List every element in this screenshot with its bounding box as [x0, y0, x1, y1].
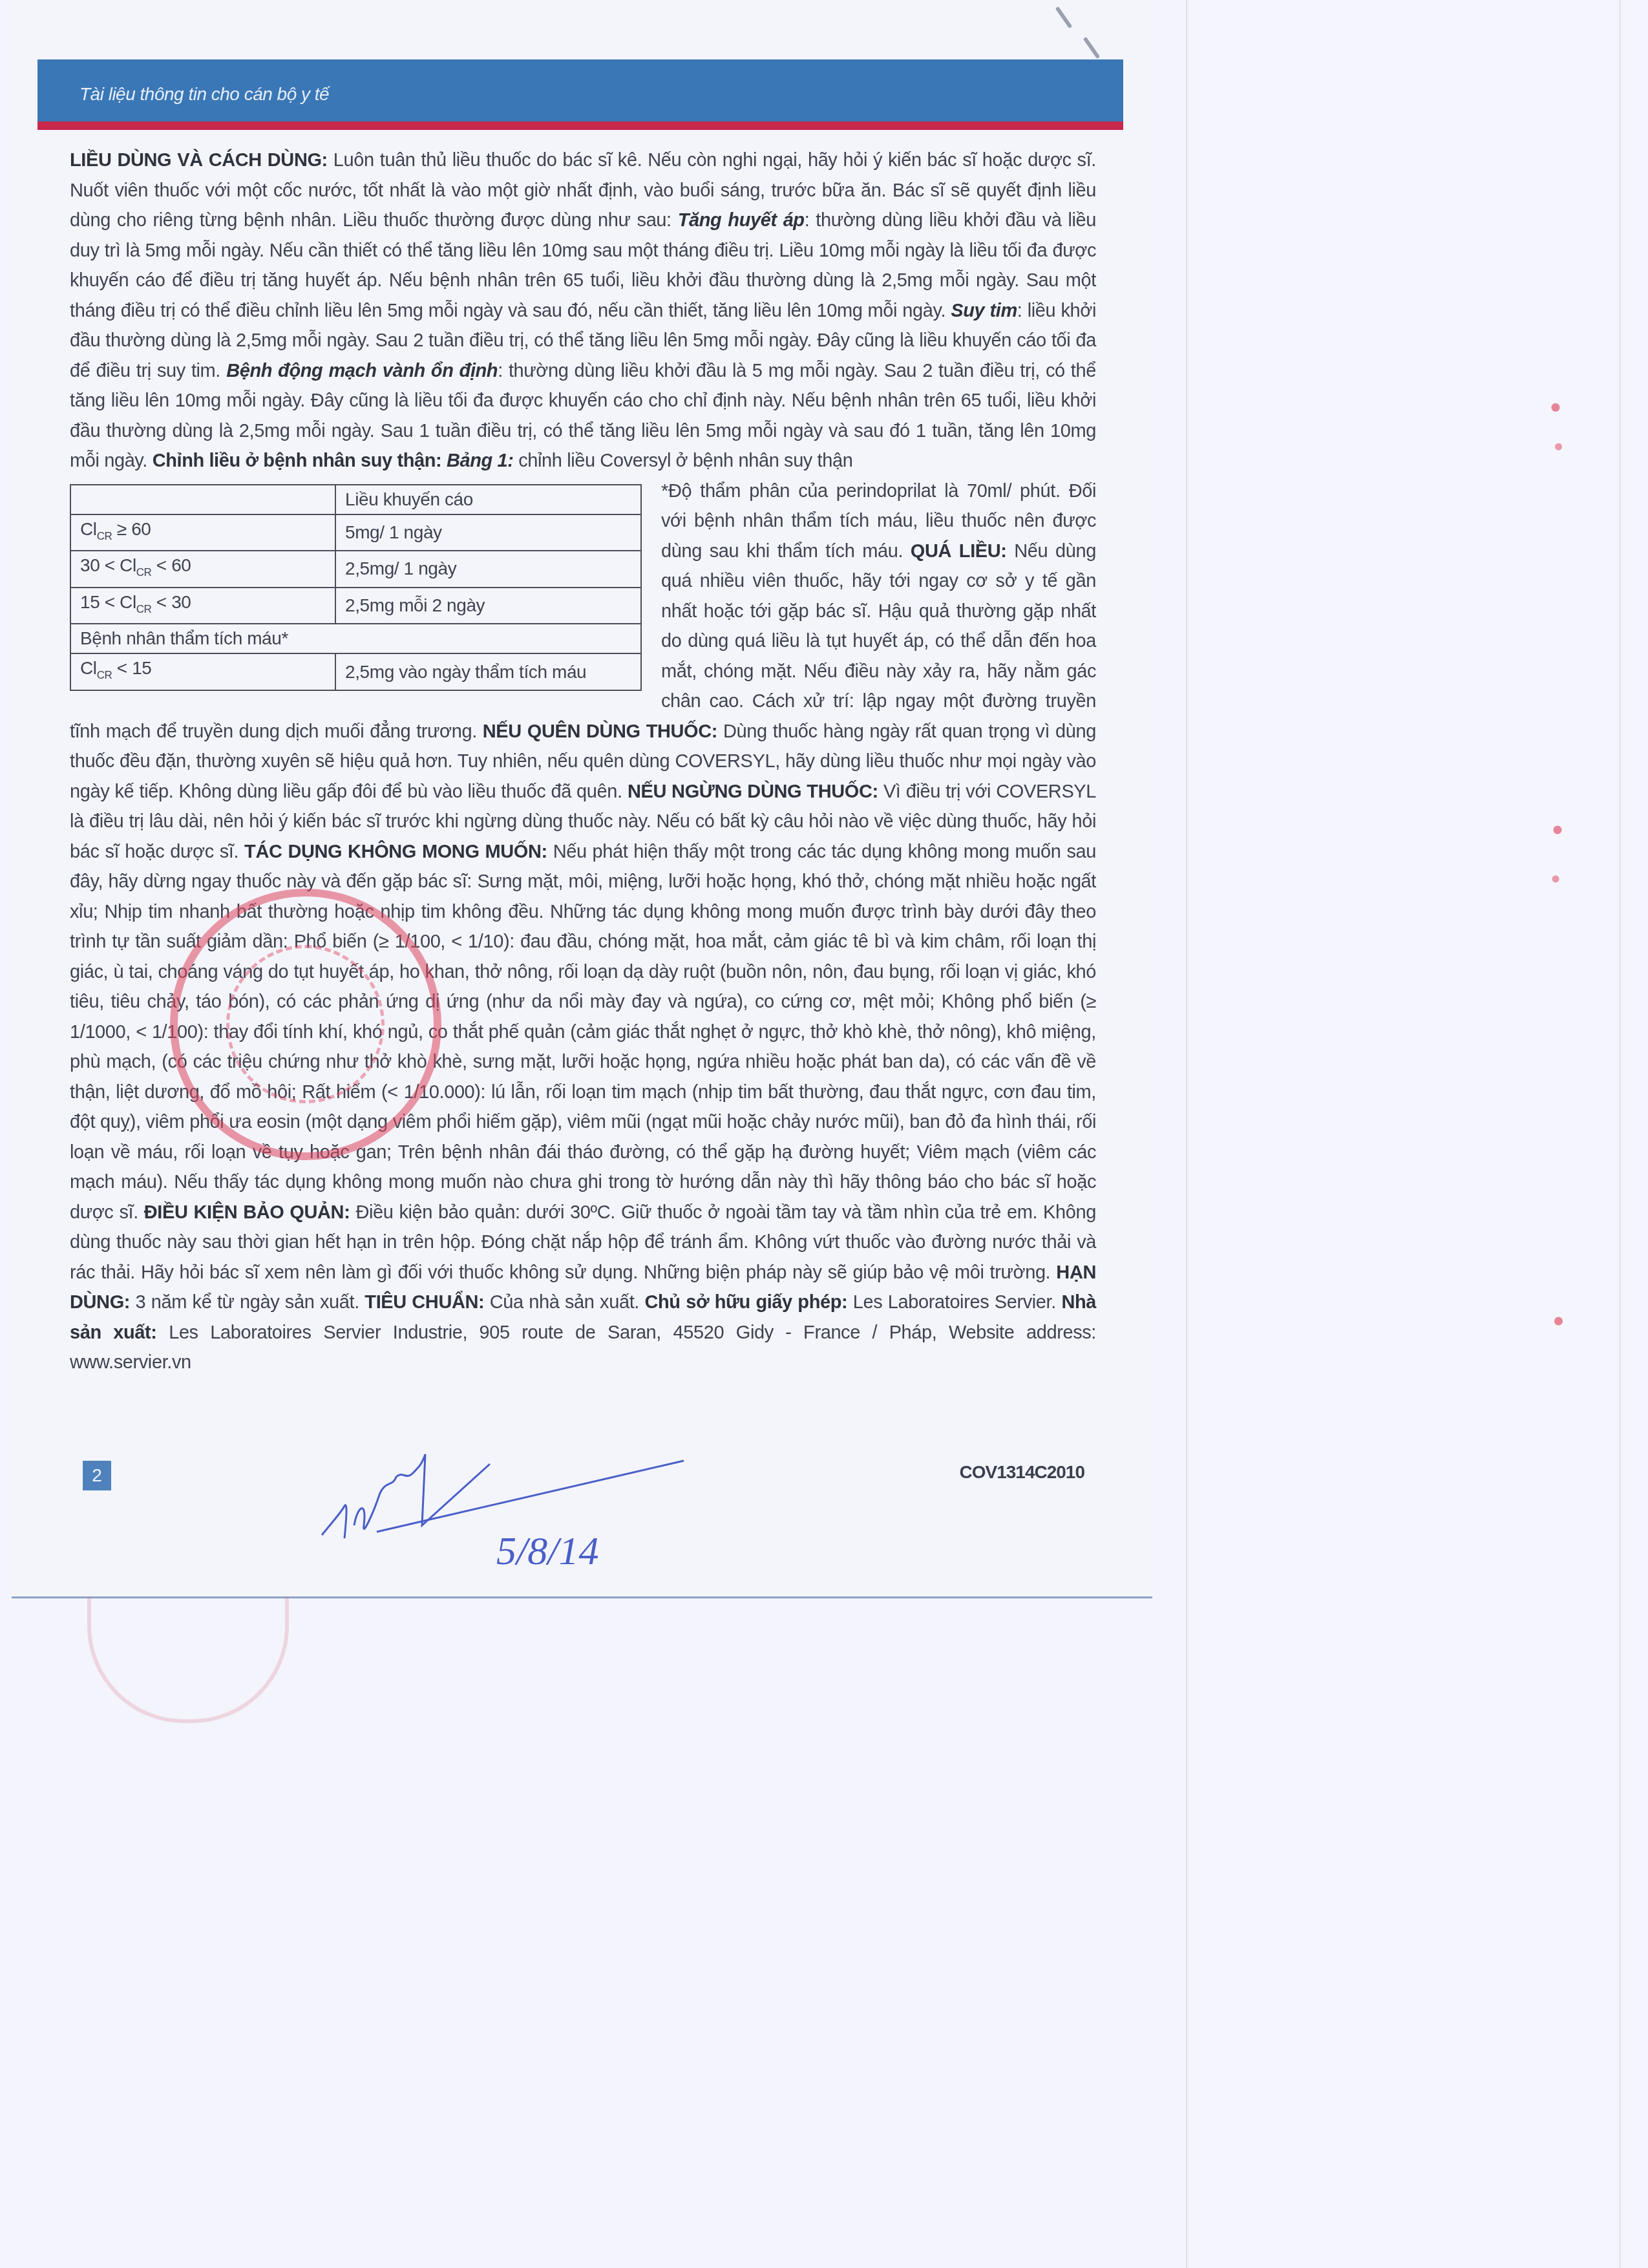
table-row: ClCR ≥ 60 5mg/ 1 ngày: [70, 514, 641, 551]
table-header-cell: Liều khuyến cáo: [335, 485, 641, 514]
section-heading-missed-dose: NẾU QUÊN DÙNG THUỐC:: [483, 721, 717, 742]
leaflet-body: LIỀU DÙNG VÀ CÁCH DÙNG: Luôn tuân thủ li…: [70, 145, 1096, 1378]
header-title: Tài liệu thông tin cho cán bộ y tế: [79, 84, 329, 105]
table-span-row: Bệnh nhân thẩm tích máu*: [70, 624, 641, 653]
header-band: Tài liệu thông tin cho cán bộ y tế: [37, 59, 1123, 122]
dose-cell: 2,5mg/ 1 ngày: [335, 551, 641, 588]
dosage-paragraph: LIỀU DÙNG VÀ CÁCH DÙNG: Luôn tuân thủ li…: [70, 145, 1096, 476]
table-header-row: Liều khuyến cáo: [70, 485, 641, 514]
page-number-badge: 2: [83, 1461, 111, 1490]
red-ink-specks: [1548, 388, 1567, 1370]
dose-cell: 2,5mg vào ngày thẩm tích máu: [335, 653, 641, 690]
document-code: COV1314C2010: [960, 1462, 1084, 1483]
table-row: 30 < ClCR < 60 2,5mg/ 1 ngày: [70, 551, 641, 588]
table-caption: chỉnh liều Coversyl ở bệnh nhân suy thận: [514, 450, 853, 471]
dialysis-group-cell: Bệnh nhân thẩm tích máu*: [70, 624, 641, 653]
label-table: Bảng 1:: [447, 450, 514, 471]
handwritten-signature: 5/8/14: [315, 1441, 703, 1584]
right-background-sheet: [1189, 0, 1648, 2268]
table-row: 15 < ClCR < 30 2,5mg mỗi 2 ngày: [70, 588, 641, 624]
label-license-holder: Chủ sở hữu giấy phép:: [644, 1292, 847, 1313]
table-header-cell: [70, 485, 335, 514]
header-accent-stripe: [37, 122, 1123, 130]
section-heading-side-effects: TÁC DỤNG KHÔNG MONG MUỐN:: [244, 842, 547, 862]
section-heading-dosage: LIỀU DÙNG VÀ CÁCH DÙNG:: [70, 150, 328, 171]
handwritten-date: 5/8/14: [496, 1529, 598, 1573]
staple-icon: [1083, 37, 1101, 59]
condition-cell: 15 < ClCR < 30: [70, 588, 335, 624]
renal-dose-table: Liều khuyến cáo ClCR ≥ 60 5mg/ 1 ngày 30…: [70, 484, 642, 691]
label-renal-adjustment: Chỉnh liều ở bệnh nhân suy thận:: [153, 450, 442, 471]
section-heading-storage: ĐIỀU KIỆN BẢO QUẢN:: [144, 1202, 350, 1223]
label-hypertension: Tăng huyết áp: [678, 210, 805, 231]
condition-cell: 30 < ClCR < 60: [70, 551, 335, 588]
section-heading-standard: TIÊU CHUẨN:: [364, 1292, 484, 1313]
condition-cell: ClCR ≥ 60: [70, 514, 335, 551]
table-row: ClCR < 15 2,5mg vào ngày thẩm tích máu: [70, 653, 641, 690]
section-heading-stopping: NẾU NGỪNG DÙNG THUỐC:: [628, 781, 878, 802]
dose-cell: 2,5mg mỗi 2 ngày: [335, 588, 641, 624]
label-heart-failure: Suy tim: [951, 301, 1017, 321]
condition-cell: ClCR < 15: [70, 653, 335, 690]
label-coronary-disease: Bệnh động mạch vành ổn định: [226, 361, 498, 381]
staple-icon: [1055, 6, 1073, 29]
section-heading-overdose: QUÁ LIỀU:: [911, 541, 1007, 562]
dose-cell: 5mg/ 1 ngày: [335, 514, 641, 551]
leaflet-page: Tài liệu thông tin cho cán bộ y tế LIỀU …: [12, 0, 1152, 1598]
sheet-edge: [1619, 0, 1621, 2268]
renal-dose-table-wrapper: Liều khuyến cáo ClCR ≥ 60 5mg/ 1 ngày 30…: [70, 484, 642, 691]
